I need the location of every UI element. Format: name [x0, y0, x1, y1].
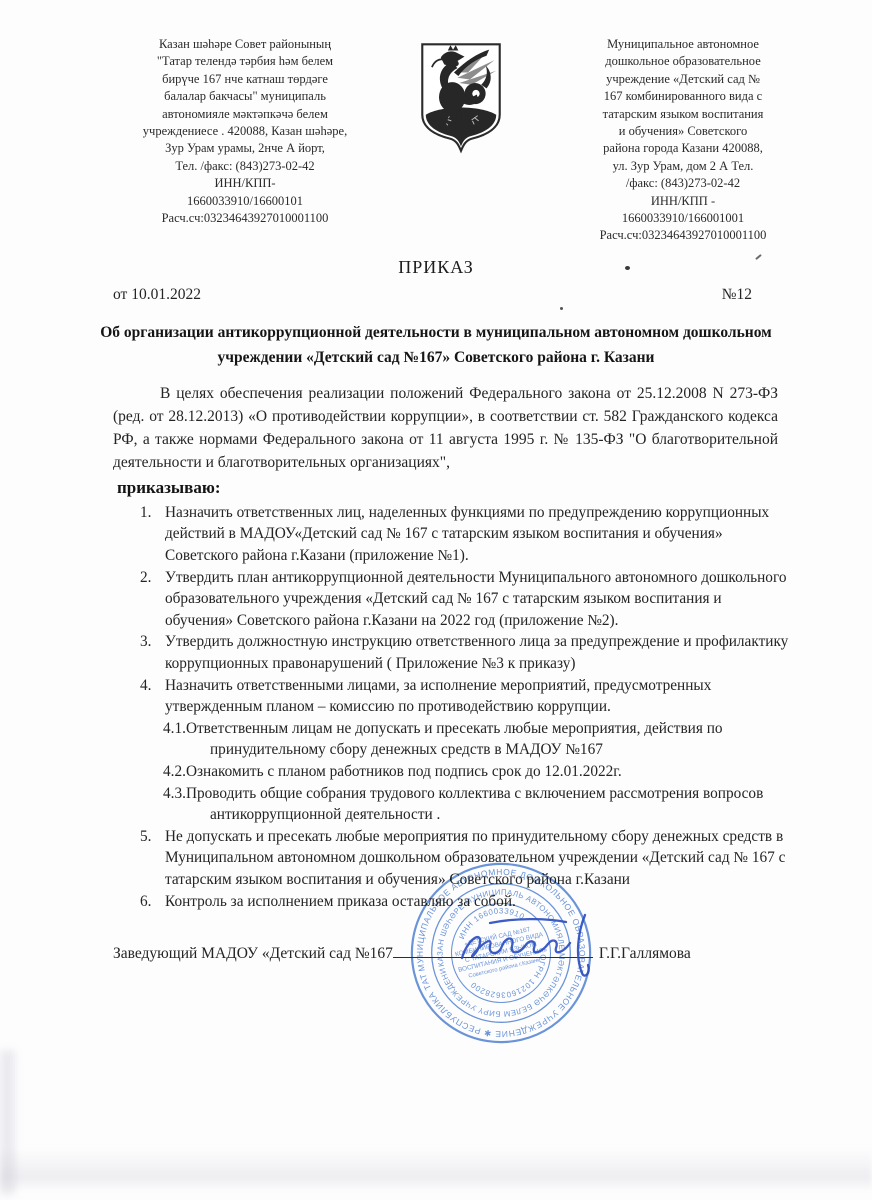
scan-speck — [560, 307, 563, 310]
order-subitem: 4.3.Проводить общие собрания трудового к… — [113, 783, 790, 826]
item-number: 1. — [140, 502, 151, 524]
item-number: 3. — [140, 631, 151, 653]
item-number: 4. — [140, 675, 151, 697]
scan-shadow — [0, 1148, 872, 1190]
order-title: ПРИКАЗ — [0, 257, 872, 278]
item-text: Утвердить должностную инструкцию ответст… — [165, 633, 788, 672]
date-row: от 10.01.2022 №12 — [113, 286, 752, 304]
order-number: №12 — [722, 286, 752, 304]
org-name-tatar: Казан шәһәре Совет районының "Татар теле… — [92, 36, 398, 227]
order-date: от 10.01.2022 — [113, 286, 201, 304]
order-subitem: 4.2.Ознакомить с планом работников под п… — [113, 761, 790, 783]
item-text: Назначить ответственными лицами, за испо… — [165, 677, 711, 716]
item-number: 2. — [140, 567, 151, 589]
order-preamble: В целях обеспечения реализации положений… — [113, 382, 778, 474]
order-item: 2. Утвердить план антикоррупционной деят… — [113, 567, 790, 632]
signatory-position: Заведующий МАДОУ «Детский сад №167 — [113, 945, 393, 962]
signature-flourish — [578, 915, 589, 976]
org-name-russian: Муниципальное автономное дошкольное обра… — [522, 36, 844, 245]
kazan-coat-of-arms-icon — [417, 38, 505, 158]
scan-shadow — [0, 1050, 15, 1195]
item-number: 5. — [140, 826, 151, 848]
item-text: Назначить ответственных лиц, наделенных … — [165, 504, 769, 564]
order-list: 1. Назначить ответственных лиц, наделенн… — [113, 502, 790, 912]
order-subitem: 4.1.Ответственным лицам не допускать и п… — [113, 718, 790, 761]
letterhead: Казан шәһәре Совет районының "Татар теле… — [0, 0, 872, 245]
order-item: 4. Назначить ответственными лицами, за и… — [113, 675, 790, 718]
mound — [426, 107, 496, 146]
order-subject: Об организации антикоррупционной деятель… — [90, 320, 782, 370]
signature-crossbar — [490, 919, 566, 923]
order-item: 1. Назначить ответственных лиц, наделенн… — [113, 502, 790, 567]
scanned-order-page: Казан шәһәре Совет районының "Татар теле… — [0, 0, 872, 1200]
item-number: 6. — [140, 891, 151, 913]
handwritten-signature — [452, 910, 630, 982]
order-item: 3. Утвердить должностную инструкцию отве… — [113, 631, 790, 674]
scan-speck — [625, 266, 630, 270]
decree-word: приказываю: — [117, 475, 872, 500]
item-text: Утвердить план антикоррупционной деятель… — [165, 569, 787, 629]
signature-scribble — [462, 937, 570, 958]
